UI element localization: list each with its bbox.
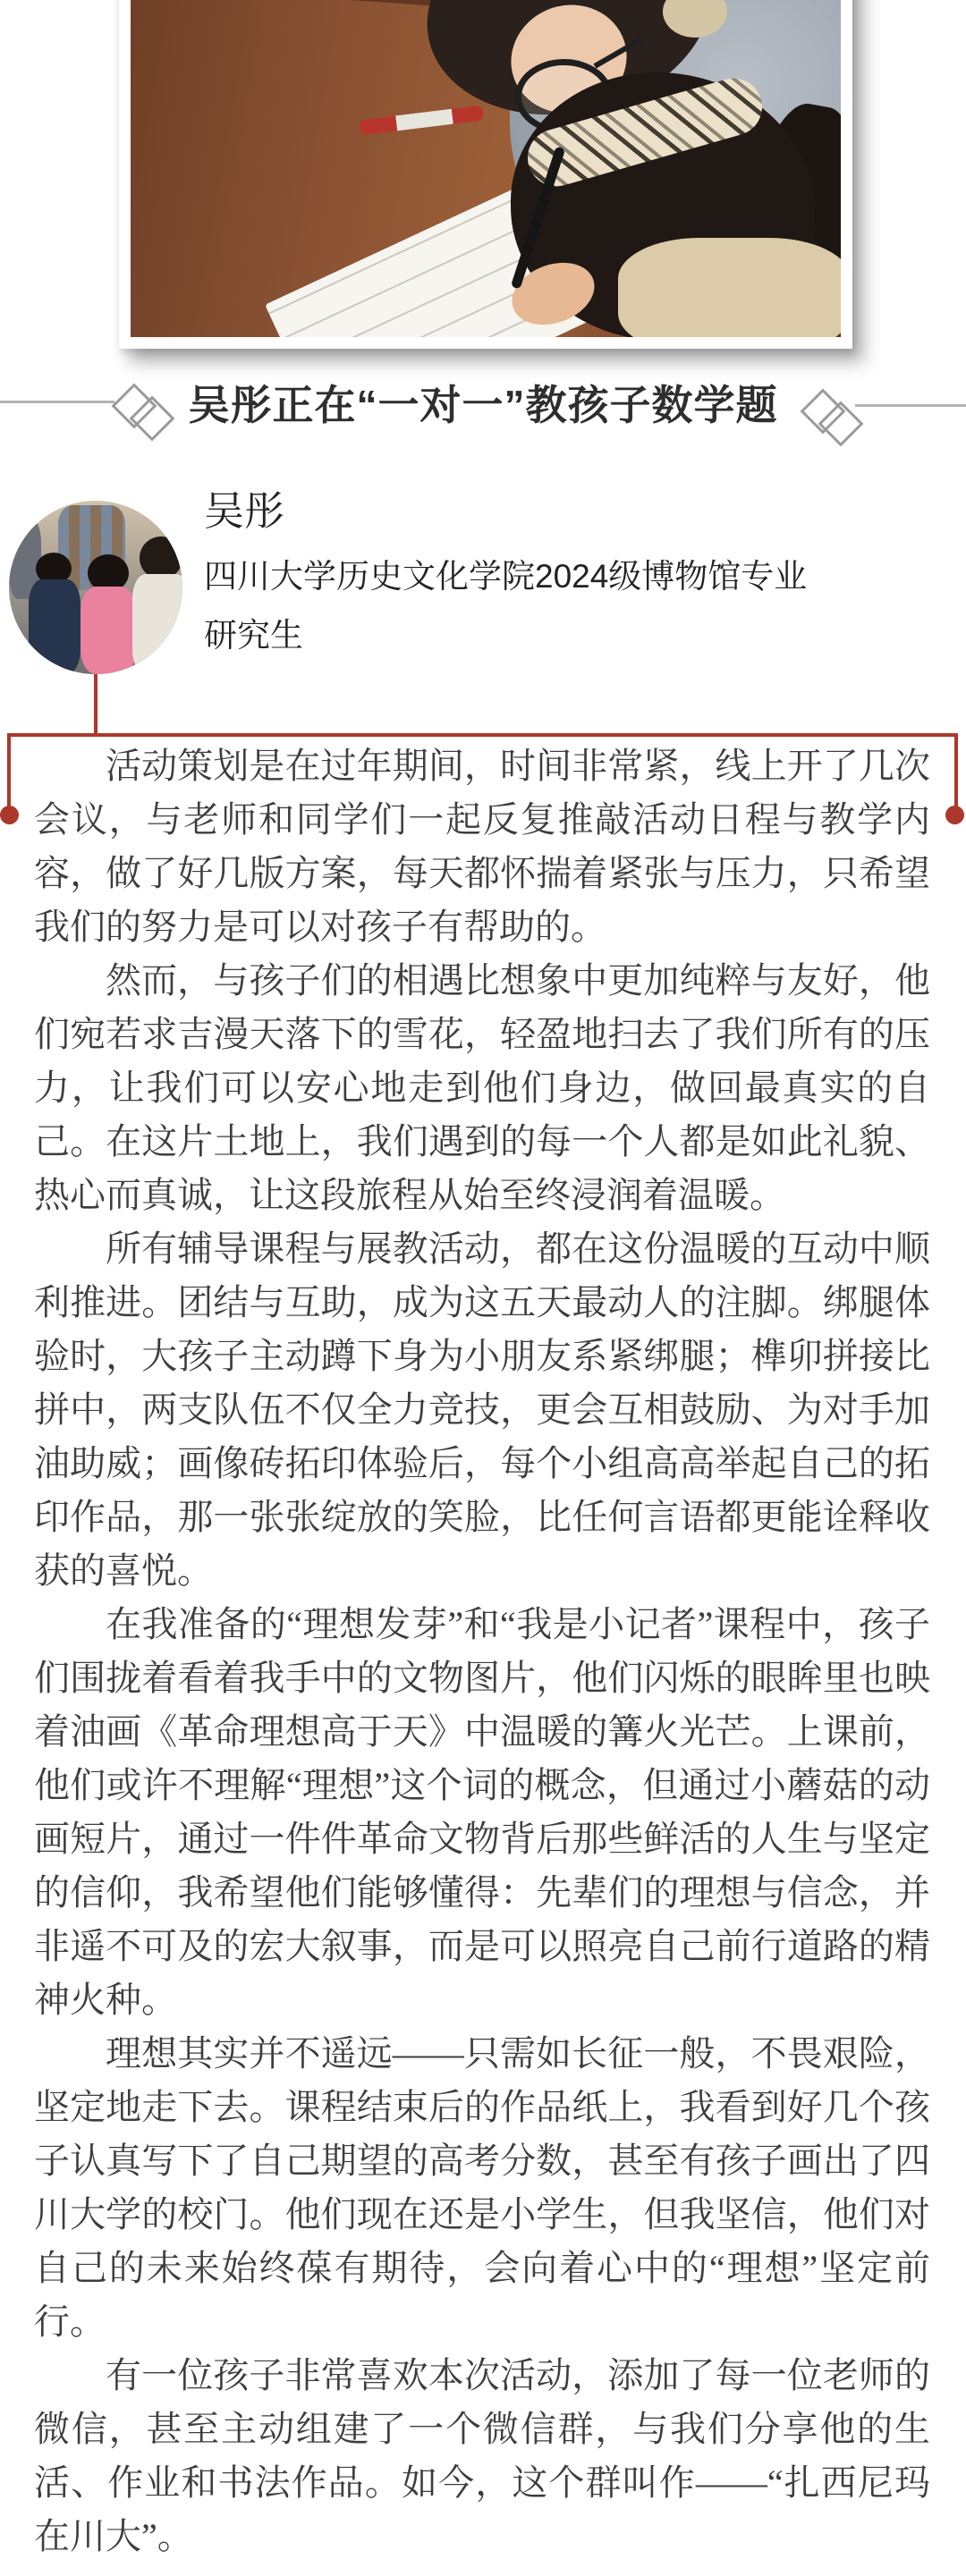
avatar-kid-pink [80, 587, 136, 674]
paragraph: 然而，与孩子们的相遇比想象中更加纯粹与友好，他们宛若求吉漫天落下的雪花，轻盈地扫… [34, 954, 930, 1222]
avatar-woman-coat [132, 574, 182, 674]
article-page: 吴彤正在“一对一”教孩子数学题 吴彤 四川大学历史文化学院2024级博物馆专业 … [0, 0, 966, 2576]
red-pen [358, 106, 484, 136]
author-name: 吴彤 [204, 488, 284, 535]
author-description-line: 研究生 [204, 606, 807, 665]
author-avatar[interactable] [9, 501, 182, 674]
avatar-kid-navy [29, 579, 80, 674]
paragraph: 有一位孩子非常喜欢本次活动，添加了每一位老师的微信，甚至主动组建了一个微信群，与… [34, 2349, 930, 2563]
article-body: 活动策划是在过年期间，时间非常紧，线上开了几次会议，与老师和同学们一起反复推敲活… [34, 739, 930, 2563]
avatar-woman-hair [140, 536, 182, 579]
child-clothes [618, 238, 841, 337]
paragraph: 所有辅导课程与展教活动，都在这份温暖的互动中顺利推进。团结与互助，成为这五天最动… [34, 1222, 930, 1598]
paragraph: 在我准备的“理想发芽”和“我是小记者”课程中，孩子们围拢着看着我手中的文物图片，… [34, 1598, 930, 2027]
quote-frame-right-line [954, 733, 958, 808]
paragraph: 理想其实并不遥远——只需如长征一般，不畏艰险，坚定地走下去。课程结束后的作品纸上… [34, 2027, 930, 2349]
photo-frame[interactable] [119, 0, 852, 349]
avatar-connector-line [94, 674, 97, 735]
author-description: 四川大学历史文化学院2024级博物馆专业 研究生 [204, 547, 807, 665]
quote-frame-dot-icon [945, 806, 964, 824]
quote-frame-dot-icon [0, 806, 19, 824]
quote-frame-top-line [7, 733, 958, 737]
tutoring-photo [131, 0, 841, 337]
quote-frame-left-line [7, 733, 11, 808]
caption-divider-right [855, 404, 966, 407]
paragraph: 活动策划是在过年期间，时间非常紧，线上开了几次会议，与老师和同学们一起反复推敲活… [34, 739, 930, 954]
author-description-line: 四川大学历史文化学院2024级博物馆专业 [204, 547, 807, 606]
